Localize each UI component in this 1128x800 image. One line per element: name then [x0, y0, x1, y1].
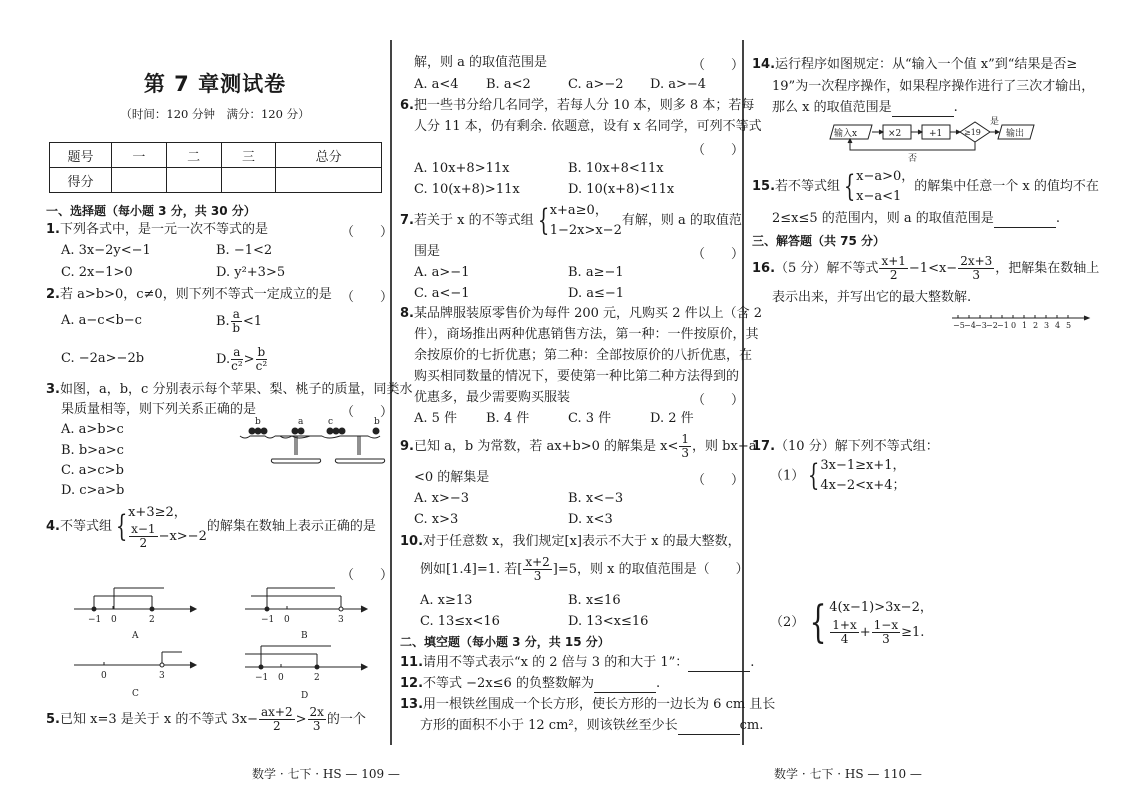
score-table: 题号 一 二 三 总分 得分: [49, 142, 382, 193]
question-3: 3.如图，a，b，c 分别表示每个苹果、梨、桃子的质量，同类水: [46, 381, 412, 399]
question-stem: 若 a>b>0，c≠0，则下列不等式一定成立的是: [60, 287, 332, 302]
flow-input-label: 输入x: [834, 127, 857, 139]
option-label: A: [131, 631, 139, 641]
numerator: a: [231, 308, 242, 322]
punctuation: .: [1056, 211, 1060, 226]
question-number: 17.: [752, 439, 775, 454]
option-label: B.: [216, 314, 230, 329]
punctuation: .: [656, 676, 660, 691]
score-header-cell: 三: [221, 143, 276, 168]
brace: {: [116, 512, 127, 542]
question-11: 11.请用不等式表示“x 的 2 倍与 3 的和大于 1”：.: [400, 654, 754, 672]
column-1: 第 7 章测试卷 （时间：120 分钟 满分：120 分） 题号 一 二 三 总…: [46, 0, 384, 800]
fill-blank[interactable]: [594, 679, 656, 693]
option-b: B. a≥−1: [568, 264, 624, 282]
score-table-header-row: 题号 一 二 三 总分: [50, 143, 382, 168]
question-stem: 已知 x=3 是关于 x 的不等式 3x−: [60, 712, 258, 727]
question-number: 14.: [752, 57, 775, 72]
question-stem: 运行程序如图规定：从“输入一个值 x”到“结果是否≥: [775, 57, 1077, 72]
option-label: C: [132, 689, 139, 699]
tick-label: 2: [1033, 321, 1038, 330]
tick-label: 5: [1066, 321, 1071, 330]
question-stem: 若不等式组: [775, 179, 840, 194]
option-c: C. −2a>−2b: [61, 350, 144, 368]
question-5-cont: 解，则 a 的取值范围是: [414, 54, 547, 72]
question-number: 8.: [400, 306, 414, 321]
question-9: 9.已知 a，b 为常数，若 ax+b>0 的解集是 x<13，则 bx−a: [400, 430, 756, 464]
flow-step1-label: ×2: [888, 129, 901, 139]
fraction: ab: [231, 308, 242, 335]
fraction: x−12: [129, 523, 157, 550]
part-label: （1）: [770, 469, 804, 484]
answer-blank[interactable]: （ ）: [692, 389, 744, 408]
option-c: C. a>−2: [568, 76, 624, 94]
question-stem-suffix: 的解集中任意一个 x 的值均不在: [914, 179, 1099, 194]
answer-blank[interactable]: （ ）: [341, 286, 393, 305]
tick-label: −1: [88, 615, 101, 625]
denominator: 2: [259, 720, 295, 733]
tick-label: 3: [1044, 321, 1049, 330]
operator: >: [244, 352, 255, 367]
fraction: ac²: [231, 346, 243, 373]
question-stem: 不等式 −2x≤6 的负整数解为: [423, 676, 594, 691]
scale-label: a: [298, 417, 304, 427]
flow-condition-label: ≥19: [964, 128, 981, 137]
balance-scale-1: [240, 428, 322, 463]
page-footer-right: 数学 · 七下 · HS — 110 —: [774, 765, 922, 782]
question-14: 14.运行程序如图规定：从“输入一个值 x”到“结果是否≥: [752, 56, 1077, 74]
question-stem: 对于任意数 x，我们规定[x]表示不大于 x 的最大整数，: [423, 534, 741, 549]
fraction: 1−x3: [872, 619, 900, 646]
numerator: 1+x: [830, 619, 858, 633]
tick-label: 0: [111, 615, 117, 625]
tick-label: 3: [159, 671, 165, 681]
denominator: 4: [830, 633, 858, 646]
system-line: x+3≥2，: [128, 503, 207, 523]
number-line-option-a: −1 0 2 A: [74, 582, 204, 642]
question-stem: 把一些书分给几名同学，若每人分 10 本，则多 8 本；若每: [414, 98, 754, 113]
question-6: 6.把一些书分给几名同学，若每人分 10 本，则多 8 本；若每: [400, 97, 754, 115]
flow-step2-label: +1: [929, 129, 942, 139]
numerator: a: [231, 346, 243, 360]
option-d: D. 10(x+8)<11x: [568, 181, 674, 199]
punctuation: .: [954, 100, 958, 115]
tick-label: 0: [284, 615, 290, 625]
question-number: 9.: [400, 439, 414, 454]
answer-blank[interactable]: （ ）: [341, 401, 393, 420]
question-number: 15.: [752, 179, 775, 194]
operator: >: [296, 712, 307, 727]
question-number: 3.: [46, 382, 60, 397]
answer-blank[interactable]: （ ）: [341, 564, 393, 583]
inequality-system: x−a>0，x−a<1: [856, 167, 914, 207]
option-rest: <1: [243, 314, 262, 329]
column-3: 14.运行程序如图规定：从“输入一个值 x”到“结果是否≥ 19”为一次程序操作…: [752, 0, 1097, 800]
question-number: 6.: [400, 98, 414, 113]
question-number: 10.: [400, 534, 423, 549]
option-c: C. 13≤x<16: [420, 613, 500, 631]
score-row-label: 得分: [50, 168, 112, 193]
numerator: 1−x: [872, 619, 900, 633]
question-stem: 不等式组: [60, 519, 112, 534]
question-stem-cont: 余按原价的七折优惠；第二种：全部按原价的八折优惠，在: [414, 347, 752, 365]
question-16: 16.（5 分）解不等式x+12−1<x−2x+33，把解集在数轴上: [752, 252, 1099, 286]
option-a: A. a>−1: [414, 264, 469, 282]
inequality-system: 4(x−1)>3x−2，1+x4+1−x3≥1.: [829, 598, 933, 648]
answer-blank[interactable]: （ ）: [692, 54, 744, 73]
question-stem-cont: 人分 11 本，仍有剩余. 依题意，设有 x 名同学，可列不等式: [414, 118, 762, 136]
fraction: 2x3: [308, 706, 326, 733]
question-stem-suffix: ，则 bx−a: [692, 439, 756, 454]
numerator: x−1: [129, 523, 157, 537]
option-c: C. 10(x+8)>11x: [414, 181, 520, 199]
system-line: 1−2x>x−2: [550, 221, 622, 241]
question-stem-suffix: 的解集在数轴上表示正确的是: [207, 519, 376, 534]
question-4: 4.不等式组{x+3≥2，x−12−x>−2的解集在数轴上表示正确的是: [46, 503, 376, 550]
denominator: 3: [523, 570, 551, 583]
system-rest: ≥1.: [901, 625, 924, 640]
flow-output-label: 输出: [1006, 127, 1024, 139]
balance-scale-2: [322, 428, 385, 463]
option-a: A. a<4: [414, 76, 459, 94]
number-line-option-d: −1 0 2 D: [245, 642, 375, 704]
question-stem-suffix: 有解，则 a 的取值范: [622, 213, 742, 228]
score-cell[interactable]: [276, 168, 382, 193]
question-number: 13.: [400, 697, 423, 712]
column-2: 解，则 a 的取值范围是 （ ） A. a<4 B. a<2 C. a>−2 D…: [400, 0, 736, 800]
question-stem-cont: 那么 x 的取值范围是.: [772, 99, 958, 117]
option-c: C. 2x−1>0: [61, 264, 133, 282]
denominator: c²: [256, 360, 268, 373]
tick-label: −1: [997, 321, 1009, 330]
question-number: 7.: [400, 213, 414, 228]
numerator: 1: [679, 433, 691, 447]
fill-blank[interactable]: [892, 103, 954, 117]
question-stem-cont: 购买相同数量的情况下，要使第一种比第二种方法得到的: [414, 368, 739, 386]
part-label: （2）: [770, 615, 804, 630]
option-d: D. a>−4: [650, 76, 706, 94]
question-stem: 某品牌服装原零售价为每件 200 元，凡购买 2 件以上（含 2: [414, 306, 762, 321]
scale-label: b: [255, 417, 261, 427]
question-stem-cont: 件），商场推出两种优惠销售方法，第一种：一件按原价，其: [414, 326, 759, 344]
question-17-part-2: （2）{4(x−1)>3x−2，1+x4+1−x3≥1.: [770, 590, 933, 656]
fill-blank[interactable]: [688, 658, 750, 672]
tick-label: 2: [314, 673, 320, 683]
tick-label: 4: [1055, 321, 1060, 330]
tick-label: −1: [255, 673, 268, 683]
inequality-system: 3x−1≥x+1，4x−2<x+4；: [820, 456, 905, 496]
fraction: x+23: [523, 556, 551, 583]
option-c: C. a<−1: [414, 285, 470, 303]
option-b: B. b>a>c: [61, 442, 124, 460]
scale-label: c: [328, 417, 333, 427]
question-1: 1.下列各式中，是一元一次不等式的是: [46, 221, 268, 239]
denominator: b: [231, 322, 242, 335]
question-stem-suffix: ，把解集在数轴上: [995, 261, 1099, 276]
tick-label: 2: [149, 615, 155, 625]
question-stem: 那么 x 的取值范围是: [772, 100, 892, 115]
question-stem: 方形的面积不小于 12 cm²，则该铁丝至少长: [420, 718, 678, 733]
tick-label: 0: [1011, 321, 1016, 330]
tick-label: −1: [261, 615, 274, 625]
question-number: 16.: [752, 261, 775, 276]
answer-blank[interactable]: （ ）: [692, 243, 744, 262]
flow-yes-label: 是: [990, 116, 999, 127]
system-line: 4(x−1)>3x−2，: [829, 598, 933, 618]
denominator: 3: [872, 633, 900, 646]
fraction: x+12: [879, 255, 907, 282]
numerator: ax+2: [259, 706, 295, 720]
question-stem-cont: 优惠多，最少需要购买服装: [414, 389, 570, 407]
question-stem-cont: <0 的解集是: [414, 469, 489, 487]
question-number: 5.: [46, 712, 60, 727]
system-line: x−a<1: [856, 187, 914, 207]
tick-label: 0: [278, 673, 284, 683]
numerator: b: [256, 346, 268, 360]
option-d: D. c>a>b: [61, 482, 124, 500]
fraction: 13: [679, 433, 691, 460]
question-stem-cont: 表示出来，并写出它的最大整数解.: [772, 289, 971, 307]
question-stem: −1<x−: [909, 261, 957, 276]
program-flowchart: 输入x ×2 +1 ≥19 是 输出 否: [830, 120, 1030, 162]
question-stem-cont: 19”为一次程序操作，如果程序操作进行了三次才输出，: [772, 78, 1094, 96]
option-c: C. x>3: [414, 511, 458, 529]
denominator: c²: [231, 360, 243, 373]
option-d: D. 13<x≤16: [568, 613, 648, 631]
numerator: x+2: [523, 556, 551, 570]
question-stem-cont: 方形的面积不小于 12 cm²，则该铁丝至少长cm.: [420, 717, 763, 735]
option-d: D. a≤−1: [568, 285, 624, 303]
option-a: A. x≥13: [420, 592, 472, 610]
question-stem: 2≤x≤5 的范围内，则 a 的取值范围是: [772, 211, 994, 226]
option-b: B.ab<1: [216, 304, 262, 340]
number-line-option-b: −1 0 3 B: [245, 582, 375, 642]
question-17-part-1: （1）{3x−1≥x+1，4x−2<x+4；: [770, 456, 906, 497]
denominator: 2: [129, 537, 157, 550]
fill-blank[interactable]: [678, 721, 740, 735]
exam-info: （时间：120 分钟 满分：120 分）: [46, 106, 384, 122]
brace: {: [808, 461, 819, 491]
system-line: x+a≥0，: [550, 201, 622, 221]
score-header-cell: 一: [112, 143, 167, 168]
option-b: B. −1<2: [216, 242, 272, 260]
section-heading-choice: 一、选择题（每小题 3 分，共 30 分）: [46, 202, 256, 220]
question-stem-cont: 例如[1.4]=1. 若[x+23]=5，则 x 的取值范围是（ ）: [420, 553, 749, 587]
system-rest: −x>−2: [159, 529, 207, 544]
option-c: C. a>c>b: [61, 462, 124, 480]
fraction: 1+x4: [830, 619, 858, 646]
question-5: 5.已知 x=3 是关于 x 的不等式 3x−ax+22>2x3的一个: [46, 703, 366, 737]
section-heading-solve: 三、解答题（共 75 分）: [752, 232, 885, 250]
option-d: D. 2 件: [650, 410, 694, 428]
score-cell[interactable]: [221, 168, 276, 193]
number-line-option-c: 0 3 C: [74, 644, 204, 704]
denominator: 3: [958, 269, 994, 282]
option-b: B. 10x+8<11x: [568, 160, 664, 178]
option-a: A. a−c<b−c: [61, 312, 142, 330]
option-label: D.: [216, 352, 230, 367]
question-number: 11.: [400, 655, 423, 670]
option-b: B. a<2: [486, 76, 531, 94]
question-12: 12.不等式 −2x≤6 的负整数解为.: [400, 675, 660, 693]
question-stem: 请用不等式表示“x 的 2 倍与 3 的和大于 1”：: [423, 655, 688, 670]
question-17: 17.（10 分）解下列不等式组：: [752, 438, 939, 456]
fraction: ax+22: [259, 706, 295, 733]
option-b: B. x<−3: [568, 490, 623, 508]
numerator: x+1: [879, 255, 907, 269]
system-line: 4x−2<x+4；: [820, 476, 905, 496]
question-stem: 已知 a，b 为常数，若 ax+b>0 的解集是 x<: [414, 439, 678, 454]
question-stem-suffix: ]=5，则 x 的取值范围是（ ）: [553, 562, 749, 577]
inequality-system: x+a≥0，1−2x>x−2: [550, 201, 622, 241]
question-stem: （5 分）解不等式: [775, 261, 878, 276]
option-a: A. x>−3: [414, 490, 469, 508]
question-number: 2.: [46, 287, 60, 302]
system-line: x−a>0，: [856, 167, 914, 187]
page-footer-left: 数学 · 七下 · HS — 109 —: [252, 765, 400, 782]
tick-label: 1: [1022, 321, 1027, 330]
denominator: 2: [879, 269, 907, 282]
brace: {: [810, 608, 827, 638]
numerator: 2x+3: [958, 255, 994, 269]
tick-label: 3: [338, 615, 344, 625]
number-line-answer[interactable]: −5 −4 −3 −2 −1 0 1 2 3 4 5: [952, 312, 1092, 332]
option-c: C. 3 件: [568, 410, 611, 428]
question-number: 4.: [46, 519, 60, 534]
tick-label: 0: [101, 671, 107, 681]
answer-blank[interactable]: （ ）: [692, 469, 744, 488]
system-line: x−12−x>−2: [128, 523, 207, 550]
answer-blank[interactable]: （ ）: [341, 221, 393, 240]
question-10: 10.对于任意数 x，我们规定[x]表示不大于 x 的最大整数，: [400, 533, 741, 551]
question-15: 15.若不等式组{x−a>0，x−a<1的解集中任意一个 x 的值均不在: [752, 166, 1099, 208]
option-label: D: [301, 691, 308, 701]
system-line: 1+x4+1−x3≥1.: [829, 618, 933, 648]
question-number: 12.: [400, 676, 423, 691]
option-b: B. 4 件: [486, 410, 529, 428]
fraction: bc²: [256, 346, 268, 373]
question-stem-cont: 果质量相等，则下列关系正确的是: [61, 401, 256, 419]
question-stem: 下列各式中，是一元一次不等式的是: [60, 222, 268, 237]
option-a: A. 10x+8>11x: [414, 160, 509, 178]
section-heading-fill: 二、填空题（每小题 3 分，共 15 分）: [400, 633, 610, 651]
option-b: B. x≤16: [568, 592, 621, 610]
option-a: A. a>b>c: [61, 421, 124, 439]
question-stem: 用一根铁丝围成一个长方形，使长方形的一边长为 6 cm 且长: [423, 697, 775, 712]
denominator: 3: [679, 447, 691, 460]
question-stem-suffix: 的一个: [327, 712, 366, 727]
brace: {: [844, 172, 855, 202]
brace: {: [537, 206, 548, 236]
flow-no-label: 否: [908, 153, 917, 164]
answer-blank[interactable]: （ ）: [692, 139, 744, 158]
fill-blank[interactable]: [994, 214, 1056, 228]
question-stem-cont: 围是: [414, 243, 440, 261]
score-cell[interactable]: [166, 168, 221, 193]
score-cell[interactable]: [112, 168, 167, 193]
option-d: D. y²+3>5: [216, 264, 285, 282]
question-2: 2.若 a>b>0，c≠0，则下列不等式一定成立的是: [46, 286, 332, 304]
question-stem: 例如[1.4]=1. 若[: [420, 562, 522, 577]
score-header-cell: 二: [166, 143, 221, 168]
option-label: B: [301, 631, 308, 641]
question-7: 7.若关于 x 的不等式组{x+a≥0，1−2x>x−2有解，则 a 的取值范: [400, 200, 742, 242]
question-stem: 若关于 x 的不等式组: [414, 213, 534, 228]
page-title: 第 7 章测试卷: [46, 68, 384, 98]
score-header-cell: 总分: [276, 143, 382, 168]
option-d: D. x<3: [568, 511, 613, 529]
option-a: A. 5 件: [414, 410, 457, 428]
score-table-row: 得分: [50, 168, 382, 193]
question-stem: （10 分）解下列不等式组：: [775, 439, 939, 454]
fraction: 2x+33: [958, 255, 994, 282]
question-stem-cont: 2≤x≤5 的范围内，则 a 的取值范围是.: [772, 210, 1060, 228]
question-number: 1.: [46, 222, 60, 237]
operator: +: [860, 625, 871, 640]
scale-label: b: [374, 417, 380, 427]
score-header-cell: 题号: [50, 143, 112, 168]
option-d: D.ac²>bc²: [216, 342, 268, 378]
option-a: A. 3x−2y<−1: [61, 242, 151, 260]
inequality-system: x+3≥2，x−12−x>−2: [128, 503, 207, 550]
numerator: 2x: [308, 706, 326, 720]
balance-scale-figure: b a c b: [240, 422, 385, 467]
question-13: 13.用一根铁丝围成一个长方形，使长方形的一边长为 6 cm 且长: [400, 696, 775, 714]
question-8: 8.某品牌服装原零售价为每件 200 元，凡购买 2 件以上（含 2: [400, 305, 762, 323]
denominator: 3: [308, 720, 326, 733]
system-line: 3x−1≥x+1，: [820, 456, 905, 476]
question-stem: 如图，a，b，c 分别表示每个苹果、梨、桃子的质量，同类水: [60, 382, 413, 397]
